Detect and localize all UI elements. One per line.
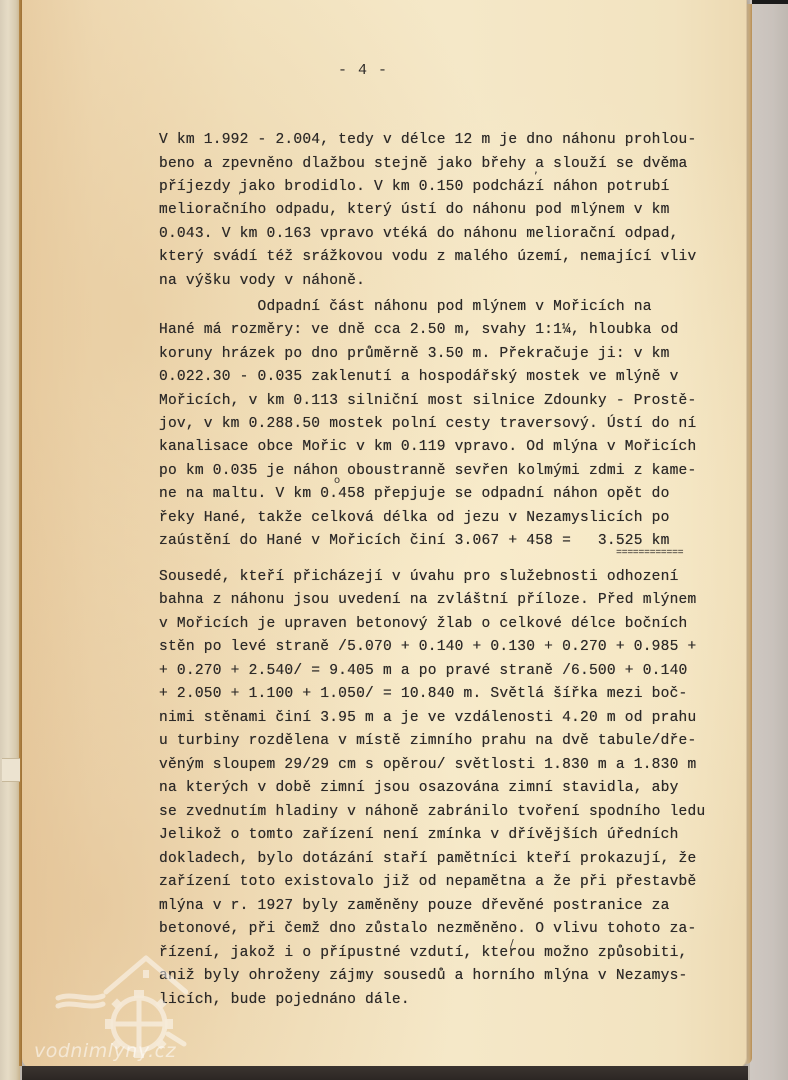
text-line: kanalisace obce Mořic v km 0.119 vpravo.… (159, 437, 696, 457)
text-line: melioračního odpadu, který ústí do náhon… (159, 200, 670, 220)
text-line: aniž byly ohroženy zájmy sousedů a horní… (159, 966, 688, 986)
total-double-underline: ============ (616, 549, 683, 559)
text-line: V km 1.992 - 2.004, tedy v délce 12 m je… (159, 130, 696, 150)
text-line: příjezdy jako brodidlo. V km 0.150 podch… (159, 177, 670, 197)
text-line: Sousedé, kteří přicházejí v úvahu pro sl… (159, 567, 679, 587)
text-line: nimi stěnami činí 3.95 m a je ve vzdálen… (159, 708, 696, 728)
watermark-text: vodnimlyny.cz (34, 1040, 176, 1062)
text-line: 0.022.30 - 0.035 zaklenutí a hospodářský… (159, 367, 679, 387)
text-line: zařízení toto existovalo již od nepamětn… (159, 872, 696, 892)
text-line: bahna z náhonu jsou uvedení na zvláštní … (159, 590, 696, 610)
handwritten-comma-mark: , (238, 182, 242, 196)
text-line: licích, bude pojednáno dále. (159, 990, 410, 1010)
text-line: betonové, při čemž dno zůstalo nezměněno… (159, 919, 696, 939)
scanned-document: - 4 - V km 1.992 - 2.004, tedy v délce 1… (0, 0, 788, 1080)
text-line: na kterých v době zimní jsou osazována z… (159, 778, 679, 798)
text-line: dokladech, bylo dotázání staří pamětníci… (159, 849, 696, 869)
text-line: mlýna v r. 1927 byly zaměněny pouze dřev… (159, 896, 670, 916)
text-line: stěn po levé straně /5.070 + 0.140 + 0.1… (159, 637, 696, 657)
text-line: beno a zpevněno dlažbou stejně jako břeh… (159, 154, 688, 174)
text-line: zaústění do Hané v Mořicích činí 3.067 +… (159, 531, 670, 551)
text-line: jov, v km 0.288.50 mostek polní cesty tr… (159, 414, 696, 434)
text-line: Jelikož o tomto zařízení není zmínka v d… (159, 825, 679, 845)
text-line: řeky Hané, takže celková délka od jezu v… (159, 508, 670, 528)
handwritten-o-correction: o (334, 475, 340, 486)
text-line: na výšku vody v náhoně. (159, 271, 365, 291)
text-line: řízení, jakož i o přípustné vzdutí, kter… (159, 943, 688, 963)
text-line: + 0.270 + 2.540/ = 9.405 m a po pravé st… (159, 661, 688, 681)
text-line: který svádí též srážkovou vodu z malého … (159, 247, 696, 267)
handwritten-comma-mark: , (534, 162, 538, 176)
text-line: u turbiny rozdělena v místě zimního prah… (159, 731, 696, 751)
text-line: věným sloupem 29/29 cm s opěrou/ světlos… (159, 755, 696, 775)
text-line: se zvednutím hladiny v náhoně zabránilo … (159, 802, 705, 822)
text-line: koruny hrázek po dno průměrně 3.50 m. Př… (159, 344, 670, 364)
handwritten-accent-mark: / (510, 937, 514, 950)
text-line: v Mořicích je upraven betonový žlab o ce… (159, 614, 688, 634)
text-line: po km 0.035 je náhon oboustranně sevřen … (159, 461, 696, 481)
text-line: Mořicích, v km 0.113 silniční most silni… (159, 391, 696, 411)
text-line: ne na maltu. V km 0.458 přepjuje se odpa… (159, 484, 670, 504)
text-line: Odpadní část náhonu pod mlýnem v Mořicíc… (159, 297, 652, 317)
text-line: Hané má rozměry: ve dně cca 2.50 m, svah… (159, 320, 679, 340)
typewritten-text: - 4 - V km 1.992 - 2.004, tedy v délce 1… (0, 0, 788, 1080)
text-line: 0.043. V km 0.163 vpravo vtéká do náhonu… (159, 224, 679, 244)
text-line: + 2.050 + 1.100 + 1.050/ = 10.840 m. Svě… (159, 684, 688, 704)
page-number: - 4 - (338, 62, 388, 79)
